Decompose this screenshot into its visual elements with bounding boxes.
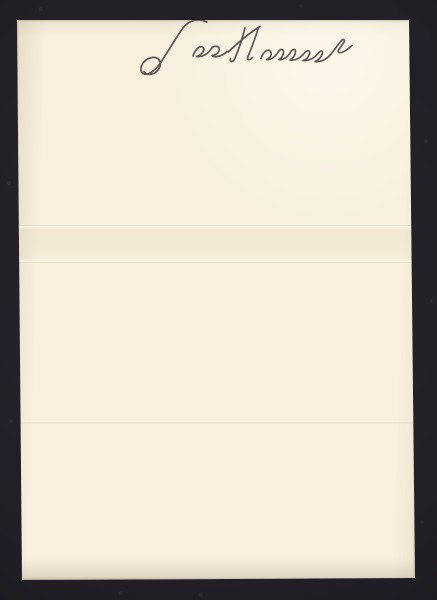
mat-dust-speckles: [0, 0, 2, 2]
paper-edge-bevel: [17, 20, 416, 581]
autograph-photo: Joe Hauser: [0, 0, 437, 600]
autograph-album-page: Joe Hauser: [17, 20, 416, 581]
